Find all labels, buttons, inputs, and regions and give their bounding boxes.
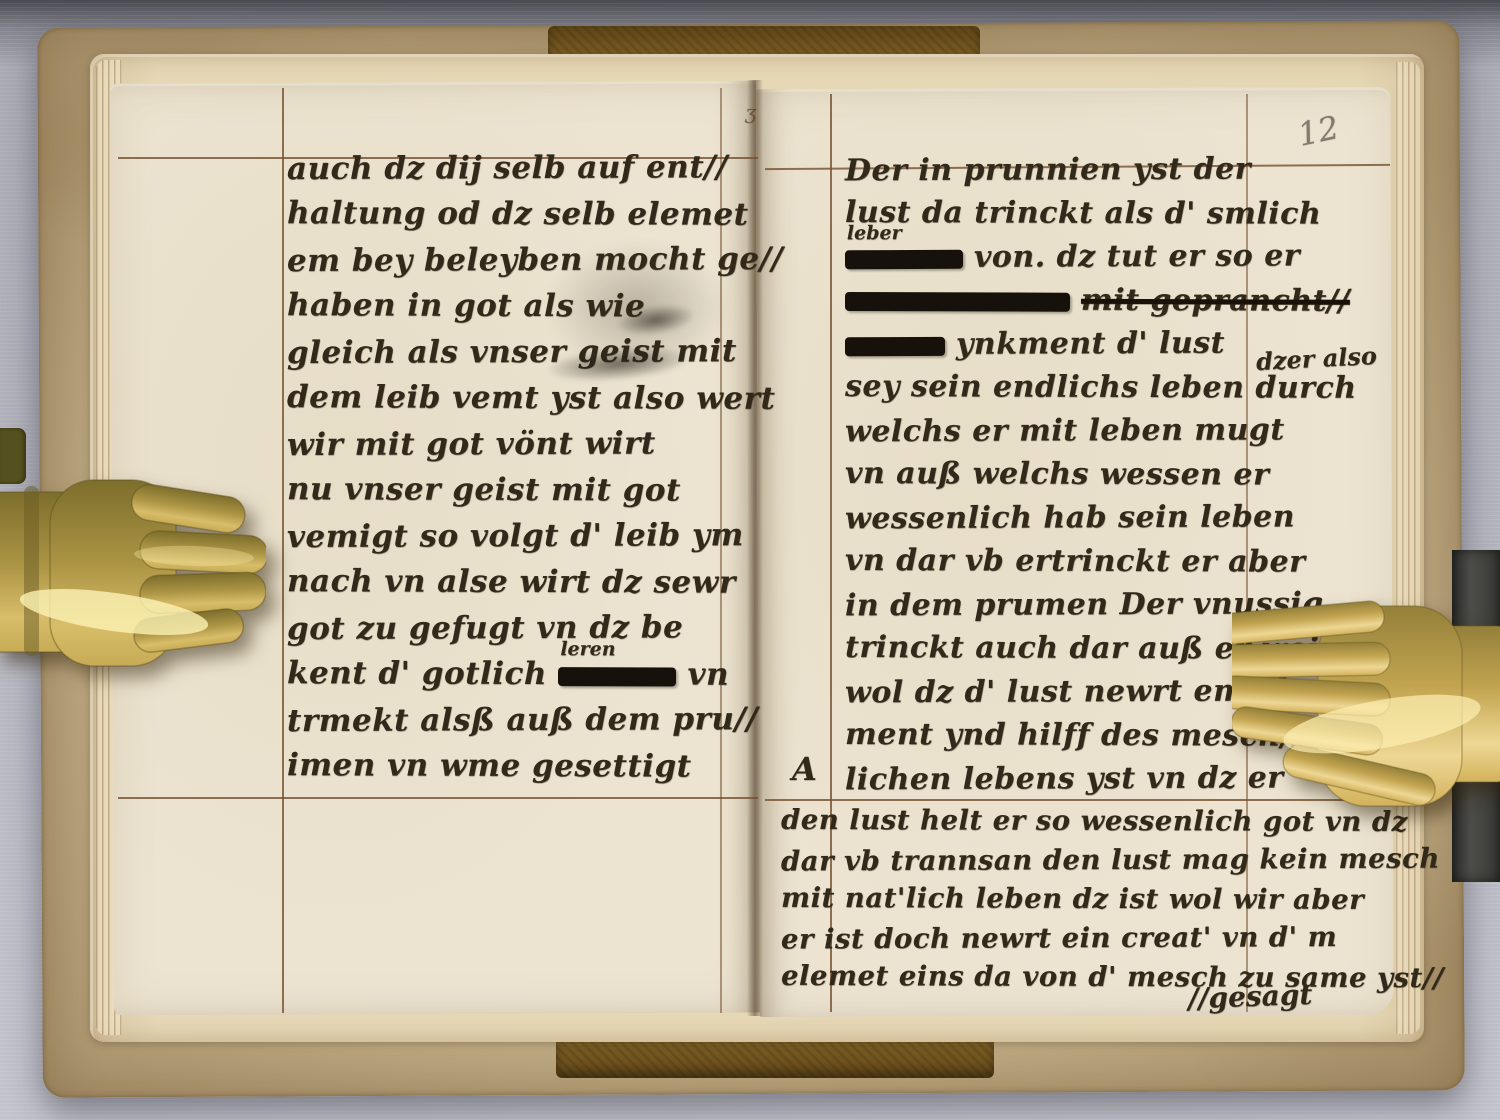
manuscript-line: dem leib vemt yst also wert (287, 379, 783, 427)
correction-group: leber (845, 240, 963, 276)
manuscript-text: haben in got als wie (287, 287, 645, 324)
manuscript-text: vn auß welchs wessen er (845, 455, 1269, 491)
redacted-text-bar (845, 291, 1070, 311)
manuscript-line: Der in prunnien yst der (845, 151, 1444, 197)
interlinear-insertion: leren (560, 638, 615, 660)
struck-text: mit geprancht// (1081, 282, 1350, 318)
manuscript-text: trmekt alsß auß dem pru// (287, 701, 758, 739)
ruling-left-page-vertical-left (282, 88, 284, 1013)
manuscript-text: imen vn wme gesettigt (287, 747, 692, 784)
manuscript-text: lichen lebens yst vn dz er (845, 760, 1284, 797)
manuscript-text: dem leib vemt yst also wert (287, 379, 775, 417)
manuscript-text: kent d' gotlich (287, 655, 558, 692)
manuscript-text: vemigt so volgt d' leib ym (287, 517, 744, 555)
manuscript-line: welchs er mit leben mugt (845, 412, 1444, 458)
photograph-scene: auch dz dij selb auf ent//haltung od dz … (0, 0, 1500, 1120)
manuscript-text: er ist doch newrt ein creat' vn d' m (781, 921, 1337, 955)
manuscript-text: wir mit got vönt wirt (287, 425, 656, 463)
manuscript-line: auch dz dij selb auf ent// (287, 149, 783, 197)
redacted-text-bar (845, 250, 963, 270)
manuscript-text (1070, 282, 1081, 317)
manuscript-line: mit geprancht// (845, 281, 1444, 327)
brass-hand-clasp-right-icon (1232, 566, 1500, 854)
manuscript-text: em bey beleyben mocht ge// (287, 241, 783, 279)
manuscript-line: wir mit got vönt wirt (287, 425, 783, 473)
manuscript-text: elemet eins da von d' mesch zu same yst/… (781, 959, 1444, 993)
manuscript-line: nach vn alse wirt dz sewr (287, 563, 783, 611)
manuscript-text: wessenlich hab sein leben (845, 499, 1295, 536)
manuscript-line: wessenlich hab sein leben (845, 499, 1444, 545)
interlinear-insertion: leber (847, 222, 902, 244)
manuscript-line: kent d' gotlich leren vn (287, 655, 783, 703)
left-page-text-block: auch dz dij selb auf ent//haltung od dz … (287, 150, 783, 794)
redacted-text-bar (558, 667, 676, 686)
manuscript-line: trmekt alsß auß dem pru// (287, 701, 783, 749)
brass-hand-clasp-left-icon (0, 436, 266, 710)
manuscript-text: mit nat'lich leben dz ist wol wir aber (781, 881, 1364, 915)
manuscript-text: vn (676, 656, 729, 692)
manuscript-text: lust da trinckt als d' smlich (845, 194, 1321, 231)
manuscript-text: von. dz tut er so er (963, 238, 1300, 274)
redacted-text-bar (845, 337, 945, 356)
manuscript-text: ynkment d' lust (945, 326, 1225, 362)
marginal-mark: A (792, 750, 817, 788)
manuscript-line: haben in got als wie (287, 287, 783, 335)
manuscript-line: lust da trinckt als d' smlich (845, 194, 1444, 240)
manuscript-text: auch dz dij selb auf ent// (287, 149, 728, 187)
manuscript-line: nu vnser geist mit got (287, 471, 783, 519)
manuscript-line: elemet eins da von d' mesch zu same yst/… (781, 959, 1444, 1000)
correction-group: leren (558, 656, 676, 692)
manuscript-line: gleich als vnser geist mit (287, 333, 783, 381)
manuscript-text: welchs er mit leben mugt (845, 412, 1285, 449)
manuscript-text: got zu gefugt vn dz be (287, 609, 683, 647)
manuscript-line: er ist doch newrt ein creat' vn d' m (781, 920, 1444, 962)
manuscript-line: imen vn wme gesettigt (287, 747, 783, 795)
manuscript-text: nach vn alse wirt dz sewr (287, 563, 736, 601)
manuscript-line: sey sein endlichs leben durch (845, 368, 1444, 414)
manuscript-text: haltung od dz selb elemet (287, 195, 749, 233)
manuscript-line: got zu gefugt vn dz be (287, 609, 783, 657)
manuscript-text: nu vnser geist mit got (287, 471, 681, 508)
manuscript-text: Der in prunnien yst der (845, 152, 1251, 189)
manuscript-line: vemigt so volgt d' leib ym (287, 517, 783, 565)
manuscript-line: vn auß welchs wessen er (845, 455, 1444, 501)
manuscript-line: em bey beleyben mocht ge// (287, 241, 783, 289)
catchword: //gesagt (1187, 978, 1312, 1015)
manuscript-line: mit nat'lich leben dz ist wol wir aber (781, 881, 1444, 922)
ruling-left-page-bottom (118, 797, 758, 799)
manuscript-line: leber von. dz tut er so er (845, 238, 1444, 284)
manuscript-line: haltung od dz selb elemet (287, 195, 783, 243)
manuscript-text: gleich als vnser geist mit (287, 333, 737, 371)
gutter-pen-trial-mark: ʒ (745, 100, 756, 124)
